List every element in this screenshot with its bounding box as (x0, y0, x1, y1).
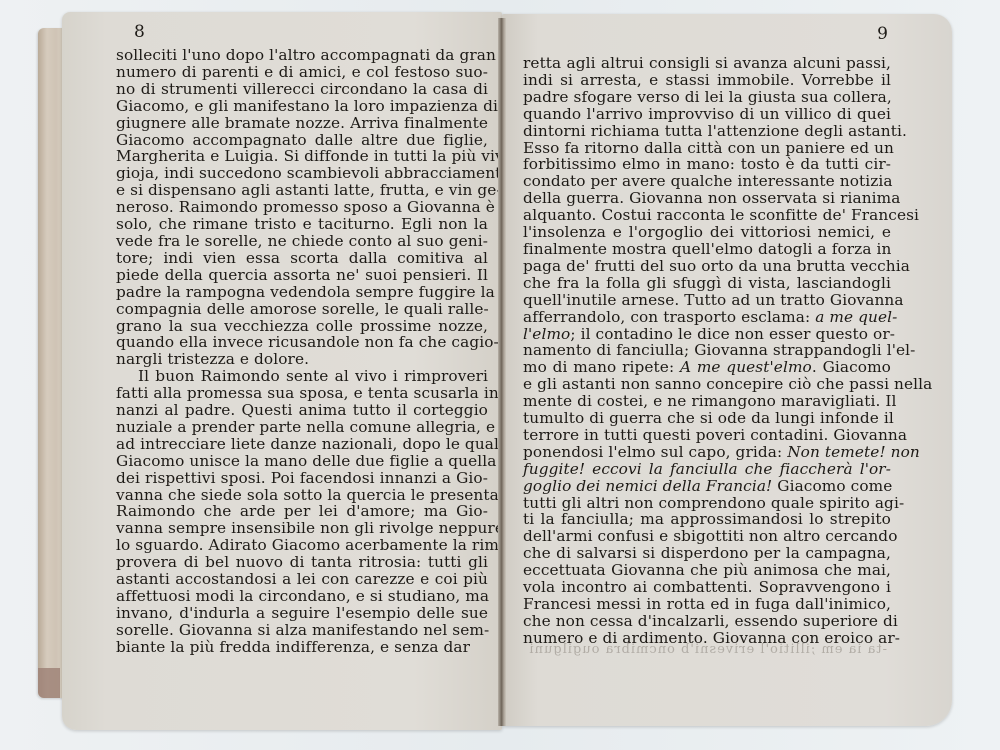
text-line: provera di bel nuovo di tanta ritrosia: … (116, 554, 488, 571)
text-line: vede fra le sorelle, ne chiede conto al … (116, 233, 488, 250)
text-line: giugnere alle bramate nozze. Arriva fina… (116, 115, 488, 132)
text-line: lo sguardo. Adirato Giacomo acerbamente … (116, 537, 488, 554)
text-line: della guerra. Giovanna non osservata si … (523, 190, 891, 207)
text-line: quell'inutile arnese. Tutto ad un tratto… (523, 292, 891, 309)
text-line: dintorni richiama tutta l'attenzione deg… (523, 123, 891, 140)
text-line: astanti accostandosi a lei con carezze e… (116, 571, 488, 588)
text-line: l'insolenza e l'orgoglio dei vittoriosi … (523, 224, 891, 241)
text-line: solleciti l'uno dopo l'altro accompagnat… (116, 47, 488, 64)
text-line: nanzi al padre. Questi anima tutto il co… (116, 402, 488, 419)
text-line: nuziale a prender parte nella comune all… (116, 419, 488, 436)
text-line: terrore in tutti questi poveri contadini… (523, 427, 891, 444)
text-line: e gli astanti non sanno concepire ciò ch… (523, 376, 891, 393)
text-line: dell'armi confusi e sbigottiti non altro… (523, 528, 891, 545)
text-line: l'elmo; il contadino le dice non esser q… (523, 326, 891, 343)
text-line: retta agli altrui consigli si avanza alc… (523, 55, 891, 72)
text-line: afferrandolo, con trasporto esclama: a m… (523, 309, 891, 326)
text-line: sorelle. Giovanna si alza manifestando n… (116, 622, 488, 639)
show-through-text: -ta ia em ;illitio'l erivesni'b oncmibra… (527, 642, 887, 657)
text-line: alquanto. Costui racconta le sconfitte d… (523, 207, 891, 224)
text-line: vanna sempre insensibile non gli rivolge… (116, 520, 488, 537)
text-line: no di strumenti villerecci circondano la… (116, 81, 488, 98)
text-line: padre la rampogna vedendola sempre fuggi… (116, 284, 488, 301)
text-line: mente di costei, e ne rimangono maravigl… (523, 393, 891, 410)
text-line: tore; indi vien essa scorta dalla comiti… (116, 250, 488, 267)
text-line: biante la più fredda indifferenza, e sen… (116, 639, 488, 656)
text-line: nargli tristezza e dolore. (116, 351, 488, 368)
page-number-left: 8 (134, 22, 145, 42)
text-line: forbitissimo elmo in mano: tosto è da tu… (523, 156, 891, 173)
left-page-text: solleciti l'uno dopo l'altro accompagnat… (116, 47, 488, 656)
text-line: Francesi messi in rotta ed in fuga dall'… (523, 596, 891, 613)
text-line: affettuosi modi la circondano, e si stud… (116, 588, 488, 605)
text-line: goglio dei nemici della Francia! Giacomo… (523, 478, 891, 495)
text-line: quando ella invece ricusandole non fa ch… (116, 334, 488, 351)
text-line: mo di mano ripete: A me quest'elmo. Giac… (523, 359, 891, 376)
text-line: Raimondo che arde per lei d'amore; ma Gi… (116, 503, 488, 520)
text-line: gioja, indi succedono scambievoli abbrac… (116, 165, 488, 182)
text-line: fuggite! eccovi la fanciulla che fiacche… (523, 461, 891, 478)
text-line: invano, d'indurla a seguire l'esempio de… (116, 605, 488, 622)
text-line: e si dispensano agli astanti latte, frut… (116, 182, 488, 199)
text-line: finalmente mostra quell'elmo datogli a f… (523, 241, 891, 258)
text-line: namento di fanciulla; Giovanna strappand… (523, 342, 891, 359)
text-line: indi si arresta, e stassi immobile. Vorr… (523, 72, 891, 89)
text-line: eccettuata Giovanna che più animosa che … (523, 562, 891, 579)
text-line: che non cessa d'incalzarli, essendo supe… (523, 613, 891, 630)
text-line: Il buon Raimondo sente al vivo i rimprov… (116, 368, 488, 385)
text-line: ti la fanciulla; ma approssimandosi lo s… (523, 511, 891, 528)
text-line: dei rispettivi sposi. Poi facendosi inna… (116, 470, 488, 487)
text-line: fatti alla promessa sua sposa, e tenta s… (116, 385, 488, 402)
text-line: Esso fa ritorno dalla città con un panie… (523, 140, 891, 157)
text-line: Giacomo unisce la mano delle due figlie … (116, 453, 488, 470)
left-page: 8 solleciti l'uno dopo l'altro accompagn… (62, 12, 502, 730)
text-line: tumulto di guerra che si ode da lungi in… (523, 410, 891, 427)
text-line: condato per avere qualche interessante n… (523, 173, 891, 190)
right-page: 9 retta agli altrui consigli si avanza a… (502, 14, 952, 726)
text-line: neroso. Raimondo promesso sposo a Giovan… (116, 199, 488, 216)
text-line: compagnia delle amorose sorelle, le qual… (116, 301, 488, 318)
text-line: ad intrecciare liete danze nazionali, do… (116, 436, 488, 453)
edge-stain (38, 668, 60, 698)
text-line: che di salvarsi si disperdono per la cam… (523, 545, 891, 562)
text-line: quando l'arrivo improvviso di un villico… (523, 106, 891, 123)
text-line: grano la sua vecchiezza colle prossime n… (116, 318, 488, 335)
text-line: che fra la folla gli sfuggì di vista, la… (523, 275, 891, 292)
text-line: piede della quercia assorta ne' suoi pen… (116, 267, 488, 284)
text-line: Margherita e Luigia. Si diffonde in tutt… (116, 148, 488, 165)
right-page-text: retta agli altrui consigli si avanza alc… (523, 55, 891, 647)
text-line: Giacomo accompagnato dalle altre due fig… (116, 132, 488, 149)
text-line: numero di parenti e di amici, e col fest… (116, 64, 488, 81)
text-line: padre sfogare verso di lei la giusta sua… (523, 89, 891, 106)
text-line: vanna che siede sola sotto la quercia le… (116, 487, 488, 504)
book-gutter (498, 18, 506, 726)
text-line: paga de' frutti del suo orto da una brut… (523, 258, 891, 275)
page-number-right: 9 (877, 24, 888, 44)
text-line: vola incontro ai combattenti. Sopravveng… (523, 579, 891, 596)
text-line: solo, che rimane tristo e taciturno. Egl… (116, 216, 488, 233)
text-line: Giacomo, e gli manifestano la loro impaz… (116, 98, 488, 115)
text-line: ponendosi l'elmo sul capo, grida: Non te… (523, 444, 891, 461)
text-line: tutti gli altri non comprendono quale sp… (523, 495, 891, 512)
